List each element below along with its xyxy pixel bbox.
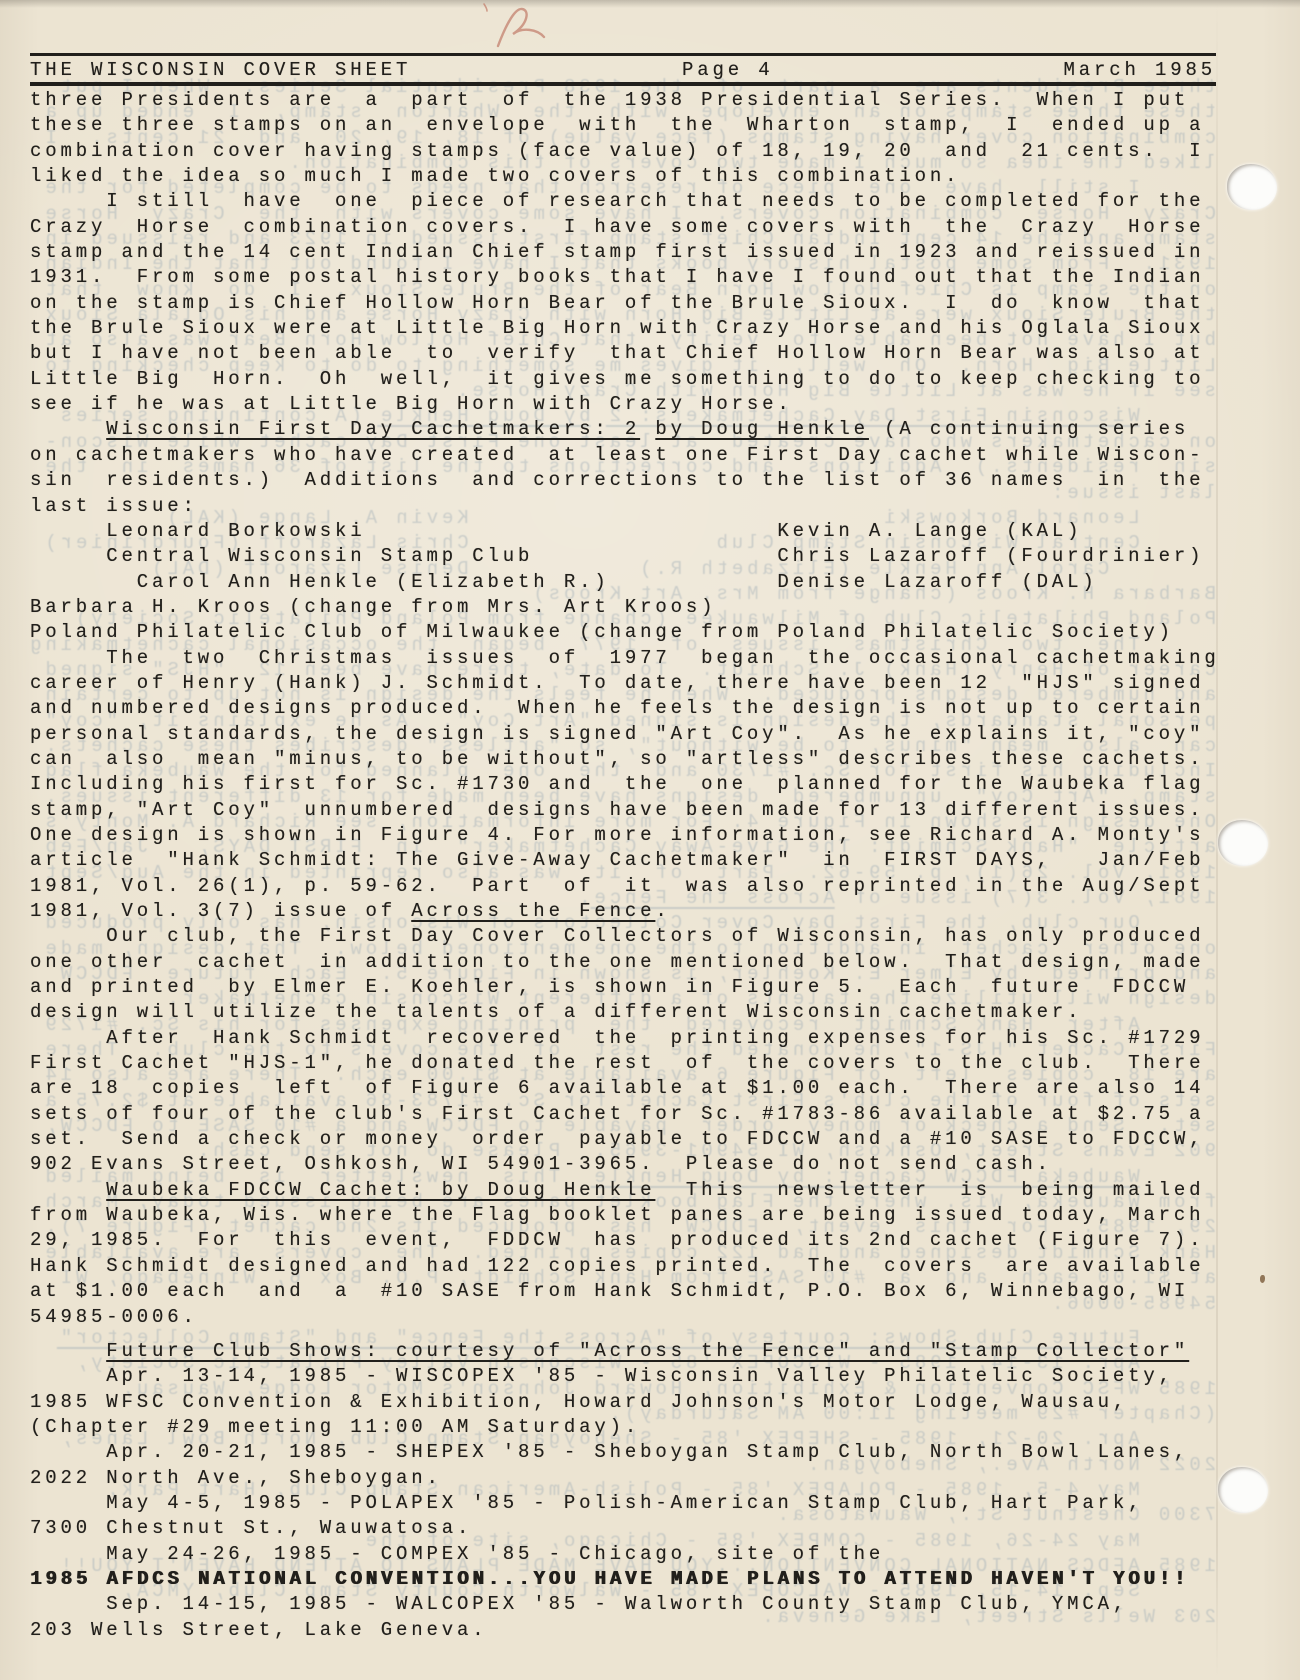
text-line: stamp and the 14 cent Indian Chief stamp…	[30, 240, 1216, 265]
text-line: one other cachet in addition to the one …	[30, 950, 1216, 975]
punch-hole	[1218, 820, 1268, 866]
newsletter-page: three Presidents are a part of the 1938 …	[0, 0, 1300, 1680]
text-line: Carol Ann Henkle (Elizabeth R.) Denise L…	[30, 570, 1216, 595]
text-line: Apr. 20-21, 1985 - SHEPEX '85 - Sheboyga…	[30, 1440, 1216, 1465]
text-line: I still have one piece of research that …	[30, 189, 1216, 214]
text-line: combination cover having stamps (face va…	[30, 139, 1216, 164]
text-line: First Cachet "HJS-1", he donated the res…	[30, 1051, 1216, 1076]
text-line: design will utilize the talents of a dif…	[30, 1000, 1216, 1025]
text-line: are 18 copies left of Figure 6 available…	[30, 1076, 1216, 1101]
text-line: Crazy Horse combination covers. I have s…	[30, 215, 1216, 240]
text-line: can also mean "minus, to be without", so…	[30, 747, 1216, 772]
text-line: 203 Wells Street, Lake Geneva.	[30, 1618, 1216, 1643]
issue-date: March 1985	[1063, 59, 1216, 81]
punch-hole	[1218, 1467, 1268, 1513]
page-header: THE WISCONSIN COVER SHEET Page 4 March 1…	[30, 53, 1216, 86]
pen-mark	[482, 0, 562, 52]
text-line: The two Christmas issues of 1977 began t…	[30, 646, 1216, 671]
text-line: 7300 Chestnut St., Wauwatosa.	[30, 1516, 1216, 1541]
text-line: at $1.00 each and a #10 SASE from Hank S…	[30, 1279, 1216, 1304]
punch-hole	[1227, 164, 1277, 210]
text-line: (Chapter #29 meeting 11:00 AM Saturday).	[30, 1415, 1216, 1440]
text-line: 54985-0006.	[30, 1305, 1216, 1330]
text-line: 29, 1985. For this event, FDDCW has prod…	[30, 1228, 1216, 1253]
text-line: May 4-5, 1985 - POLAPEX '85 - Polish-Ame…	[30, 1491, 1216, 1516]
newsletter-title: THE WISCONSIN COVER SHEET	[30, 59, 411, 81]
text-line: Central Wisconsin Stamp Club Chris Lazar…	[30, 544, 1216, 569]
text-line: Our club, the First Day Cover Collectors…	[30, 924, 1216, 949]
text-line: article "Hank Schmidt: The Give-Away Cac…	[30, 848, 1216, 873]
text-line: on cachetmakers who have created at leas…	[30, 443, 1216, 468]
text-line: Wisconsin First Day Cachetmakers: 2 by D…	[30, 417, 1216, 442]
text-line: 1981, Vol. 3(7) issue of Across the Fenc…	[30, 899, 1216, 924]
text-line: but I have not been able to verify that …	[30, 341, 1216, 366]
text-line: and numbered designs produced. When he f…	[30, 696, 1216, 721]
ink-speck	[1260, 1275, 1265, 1283]
text-line: May 24-26, 1985 - COMPEX '85 - Chicago, …	[30, 1542, 1216, 1567]
text-line: Hank Schmidt designed and had 122 copies…	[30, 1254, 1216, 1279]
text-line: Including his first for Sc. #1730 and th…	[30, 772, 1216, 797]
scan-edge-shadow	[0, 0, 1300, 8]
text-line: and printed by Elmer E. Koehler, is show…	[30, 975, 1216, 1000]
text-line: last issue:	[30, 494, 1216, 519]
text-line: on the stamp is Chief Hollow Horn Bear o…	[30, 291, 1216, 316]
text-line: Poland Philatelic Club of Milwaukee (cha…	[30, 620, 1216, 645]
text-line: 1931. From some postal history books tha…	[30, 265, 1216, 290]
text-line: sin residents.) Additions and correction…	[30, 468, 1216, 493]
text-line: the Brule Sioux were at Little Big Horn …	[30, 316, 1216, 341]
text-line: Barbara H. Kroos (change from Mrs. Art K…	[30, 595, 1216, 620]
text-line: One design is shown in Figure 4. For mor…	[30, 823, 1216, 848]
text-line: Leonard Borkowski Kevin A. Lange (KAL)	[30, 519, 1216, 544]
text-line: see if he was at Little Big Horn with Cr…	[30, 392, 1216, 417]
text-line: 1985 WFSC Convention & Exhibition, Howar…	[30, 1390, 1216, 1415]
text-line: Apr. 13-14, 1985 - WISCOPEX '85 - Wiscon…	[30, 1364, 1216, 1389]
text-line: from Waubeka, Wis. where the Flag bookle…	[30, 1203, 1216, 1228]
text-line: liked the idea so much I made two covers…	[30, 164, 1216, 189]
text-line: three Presidents are a part of the 1938 …	[30, 88, 1216, 113]
text-line: 902 Evans Street, Oshkosh, WI 54901-3965…	[30, 1152, 1216, 1177]
text-line: Sep. 14-15, 1985 - WALCOPEX '85 - Walwor…	[30, 1592, 1216, 1617]
page-number: Page 4	[682, 59, 774, 81]
text-line: sets of four of the club's First Cachet …	[30, 1102, 1216, 1127]
text-line: these three stamps on an envelope with t…	[30, 113, 1216, 138]
text-line: 2022 North Ave., Sheboygan.	[30, 1466, 1216, 1491]
text-line: career of Henry (Hank) J. Schmidt. To da…	[30, 671, 1216, 696]
text-line: Waubeka FDCCW Cachet: by Doug Henkle Thi…	[30, 1178, 1216, 1203]
text-line: stamp, "Art Coy" unnumbered designs have…	[30, 798, 1216, 823]
text-line: Little Big Horn. Oh well, it gives me so…	[30, 367, 1216, 392]
text-line: 1985 AFDCS NATIONAL CONVENTION...YOU HAV…	[30, 1567, 1216, 1592]
text-line: personal standards, the design is signed…	[30, 722, 1216, 747]
body-text: three Presidents are a part of the 1938 …	[30, 88, 1216, 1643]
text-line: 1981, Vol. 26(1), p. 59-62. Part of it w…	[30, 874, 1216, 899]
text-line: After Hank Schmidt recovered the printin…	[30, 1026, 1216, 1051]
text-line: Future Club Shows: courtesy of "Across t…	[30, 1339, 1216, 1364]
text-line: set. Send a check or money order payable…	[30, 1127, 1216, 1152]
